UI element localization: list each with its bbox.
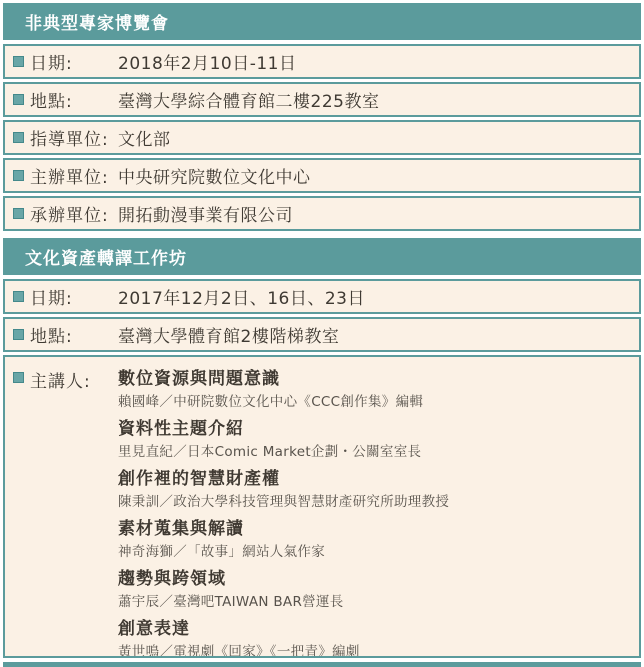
row-value: 2018年2月10日-11日 <box>118 49 296 74</box>
bullet-square-icon <box>13 372 24 383</box>
speaker-name: 賴國峰／中研院數位文化中心《CCC創作集》編輯 <box>118 391 449 413</box>
row-value: 臺灣大學體育館2樓階梯教室 <box>118 322 339 347</box>
row-value: 開拓動漫事業有限公司 <box>118 201 293 226</box>
speaker-name: 神奇海獅／「故事」網站人氣作家 <box>118 541 449 563</box>
event-info-sheet: 非典型專家博覽會 日期: 2018年2月10日-11日 地點: 臺灣大學綜合體育… <box>0 0 644 667</box>
speaker-name: 蕭宇辰／臺灣吧TAIWAN BAR營運長 <box>118 591 449 613</box>
row-value: 文化部 <box>118 125 171 150</box>
speaker-name: 黃世鳴／電視劇《回家》《一把青》編劇 <box>118 641 449 658</box>
section-title: 文化資產轉譯工作坊 <box>25 244 187 269</box>
table-row-date: 日期: 2018年2月10日-11日 <box>3 44 641 79</box>
speaker-topic: 資料性主題介紹 <box>118 413 449 441</box>
speaker-name: 里見直紀／日本Comic Market企劃・公關室室長 <box>118 441 449 463</box>
row-label: 指導單位: <box>30 125 118 150</box>
table-row-speakers: 主講人: 數位資源與問題意識 賴國峰／中研院數位文化中心《CCC創作集》編輯 資… <box>3 355 641 658</box>
speaker-topic: 素材蒐集與解讀 <box>118 513 449 541</box>
bullet-square-icon <box>13 56 24 67</box>
table-row-organizer: 主辦單位: 中央研究院數位文化中心 <box>3 158 641 193</box>
row-label: 主辦單位: <box>30 163 118 188</box>
row-value: 2017年12月2日、16日、23日 <box>118 284 365 309</box>
section-header-workshop: 文化資產轉譯工作坊 <box>3 238 641 275</box>
section-header-expo: 非典型專家博覽會 <box>3 3 641 40</box>
table-row-location: 地點: 臺灣大學體育館2樓階梯教室 <box>3 317 641 352</box>
speaker-topic: 創作裡的智慧財產權 <box>118 463 449 491</box>
table-row-advisor: 指導單位: 文化部 <box>3 120 641 155</box>
row-label: 承辦單位: <box>30 201 118 226</box>
row-label: 主講人: <box>30 363 118 392</box>
speaker-name: 陳秉訓／政治大學科技管理與智慧財產研究所助理教授 <box>118 491 449 513</box>
bottom-teal-strip <box>3 662 641 667</box>
table-row-executor: 承辦單位: 開拓動漫事業有限公司 <box>3 196 641 231</box>
table-row-date: 日期: 2017年12月2日、16日、23日 <box>3 279 641 314</box>
row-label: 地點: <box>30 87 118 112</box>
bullet-square-icon <box>13 132 24 143</box>
speaker-topic: 數位資源與問題意識 <box>118 363 449 391</box>
table-row-location: 地點: 臺灣大學綜合體育館二樓225教室 <box>3 82 641 117</box>
row-value: 臺灣大學綜合體育館二樓225教室 <box>118 87 379 112</box>
section-title: 非典型專家博覽會 <box>25 9 169 34</box>
speaker-topic: 趨勢與跨領域 <box>118 563 449 591</box>
row-label: 日期: <box>30 284 118 309</box>
bullet-square-icon <box>13 329 24 340</box>
row-label: 地點: <box>30 322 118 347</box>
row-label: 日期: <box>30 49 118 74</box>
bullet-square-icon <box>13 170 24 181</box>
bullet-square-icon <box>13 94 24 105</box>
speaker-list: 數位資源與問題意識 賴國峰／中研院數位文化中心《CCC創作集》編輯 資料性主題介… <box>118 363 449 658</box>
row-value: 中央研究院數位文化中心 <box>118 163 311 188</box>
bullet-square-icon <box>13 291 24 302</box>
speaker-topic: 創意表達 <box>118 613 449 641</box>
bullet-square-icon <box>13 208 24 219</box>
